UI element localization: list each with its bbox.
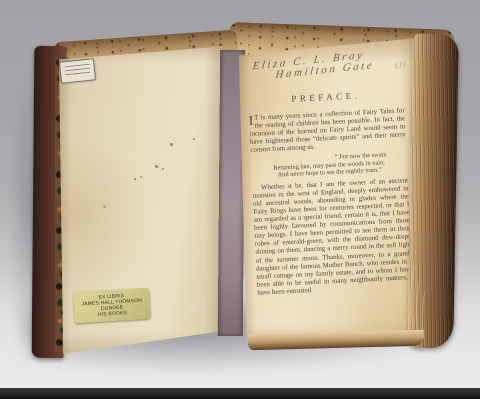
preface-paragraph-1: IT is many years since a collection of F… bbox=[249, 107, 407, 155]
preface-verse: “ For now the swain Returning late, may … bbox=[251, 151, 408, 181]
foxing-spot bbox=[162, 168, 164, 170]
preface-page: £10 Eliza C. L. Bray Hamilton Gate PREFA… bbox=[236, 38, 426, 346]
foxing-spot bbox=[103, 205, 106, 208]
preface-text-block: £10 Eliza C. L. Bray Hamilton Gate PREFA… bbox=[246, 49, 414, 297]
ex-libris-bookplate: EX LIBRIS JAMES HALL THOMSON DUNDEE HIS … bbox=[73, 288, 151, 324]
fore-edge-page-block bbox=[407, 34, 458, 349]
foxing-spot bbox=[170, 143, 173, 146]
foxing-spot bbox=[193, 138, 195, 140]
preface-heading: PREFACE. bbox=[248, 88, 404, 106]
stamp-illegible-marks bbox=[64, 64, 90, 79]
preface-paragraph-2: Whether it be, that I am the owner of an… bbox=[252, 177, 413, 298]
library-stamp bbox=[59, 58, 96, 84]
foxing-spot bbox=[134, 178, 136, 180]
foxing-spot bbox=[155, 165, 158, 168]
bookplate-text: EX LIBRIS JAMES HALL THOMSON DUNDEE HIS … bbox=[80, 292, 144, 319]
table-front-edge bbox=[0, 388, 480, 399]
photo-backdrop: EX LIBRIS JAMES HALL THOMSON DUNDEE HIS … bbox=[0, 0, 480, 399]
left-endpaper: EX LIBRIS JAMES HALL THOMSON DUNDEE HIS … bbox=[59, 44, 225, 354]
foxing-spot bbox=[140, 176, 142, 178]
preface-paragraph-1-text: T is many years since a collection of Fa… bbox=[249, 107, 406, 154]
